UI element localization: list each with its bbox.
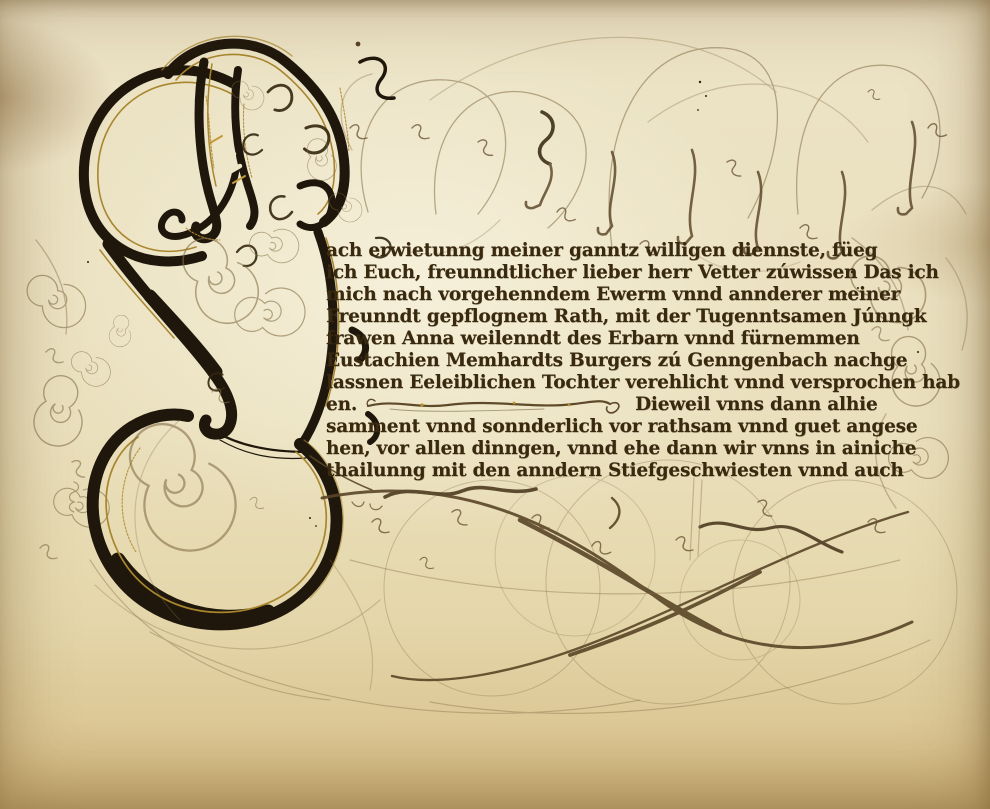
- text-line: ich Euch, freunndtlicher lieber herr Vet…: [326, 262, 912, 284]
- text-line: ach erwietunng meiner ganntz willigen di…: [326, 240, 912, 262]
- manuscript-page: N: [0, 0, 990, 809]
- text-line: Eustachien Memhardts Burgers zú Genngenb…: [326, 350, 912, 372]
- text-line-right: Dieweil vnns dann alhie: [635, 394, 877, 416]
- text-line-left: en.: [326, 394, 357, 416]
- text-line: lassnen Eeleiblichen Tochter verehlicht …: [326, 372, 912, 394]
- text-line: mich nach vorgehenndem Ewerm vnnd annder…: [326, 284, 912, 306]
- text-line: frawen Anna weilenndt des Erbarn vnnd fü…: [326, 328, 912, 350]
- top-flourish-loops: [341, 37, 966, 271]
- text-line: samment vnnd sonnderlich vor rathsam vnn…: [326, 416, 912, 438]
- text-line: thailunng mit den anndern Stiefgeschwies…: [326, 460, 912, 482]
- text-line-with-filler: en. Dieweil vnns dann alhie: [326, 394, 912, 416]
- text-line: hen, vor allen dinngen, vnnd ehe dann wi…: [326, 438, 912, 460]
- left-margin-curls: [17, 240, 115, 559]
- text-block: ach erwietunng meiner ganntz willigen di…: [326, 240, 912, 482]
- line-filler-flourish: [364, 396, 628, 414]
- top-squiggles: [350, 90, 947, 255]
- text-line: Freunndt gepflognem Rath, mit der Tugenn…: [326, 306, 912, 328]
- top-flourish-tails: [526, 112, 915, 258]
- bottom-flourishes: [90, 456, 957, 713]
